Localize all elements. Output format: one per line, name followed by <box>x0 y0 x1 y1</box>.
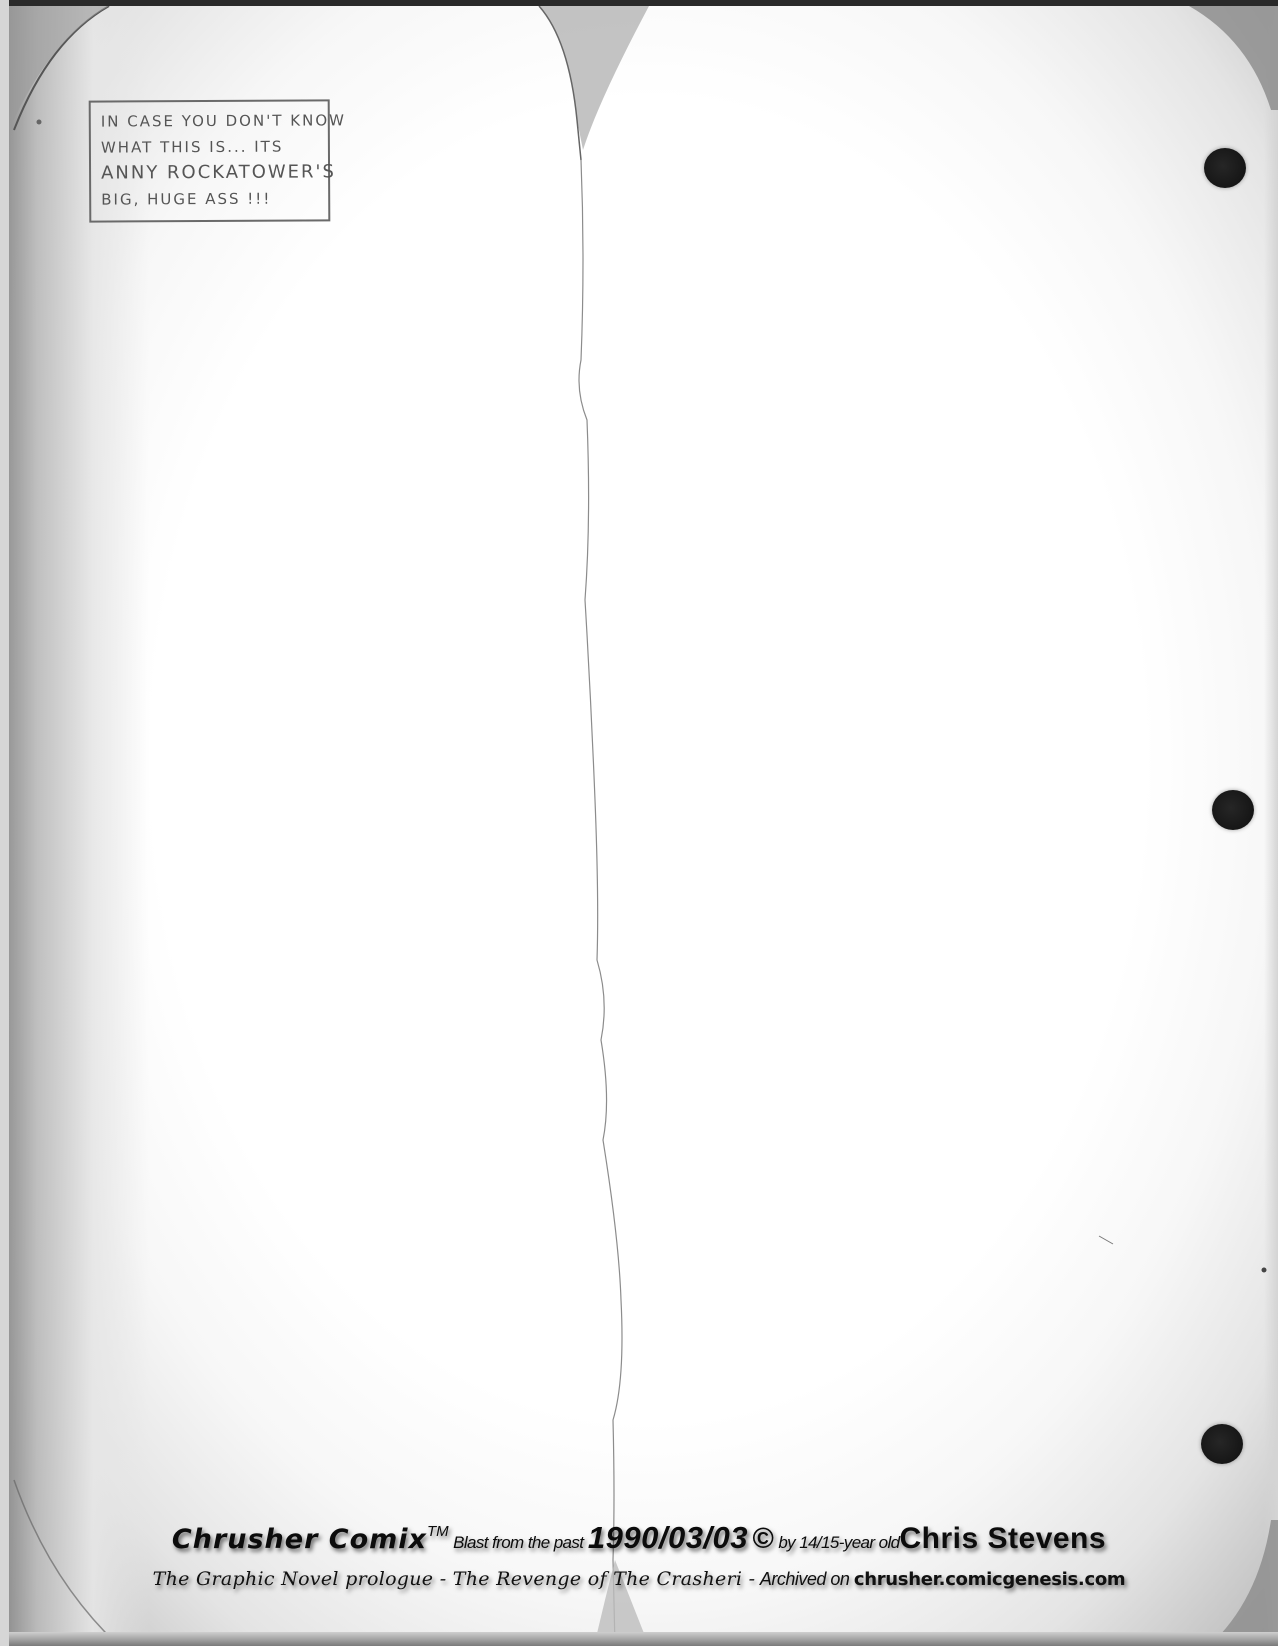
note-line-3: ANNY ROCKATOWER'S <box>101 159 320 186</box>
scan-bottom-edge <box>9 1632 1278 1646</box>
copyright-icon: © <box>752 1523 773 1555</box>
brand-name: Chrusher Comix <box>172 1524 427 1555</box>
author-name: Chris Stevens <box>899 1522 1106 1555</box>
footer-subtitle-line: The Graphic Novel prologue - The Revenge… <box>0 1568 1278 1590</box>
note-line-1: IN CASE YOU DON'T KNOW <box>101 107 320 134</box>
scan-top-edge <box>9 0 1278 6</box>
handwritten-note-box: IN CASE YOU DON'T KNOW WHAT THIS IS... I… <box>89 99 331 222</box>
pencil-sketch-lines <box>9 0 1278 1646</box>
by-label: by 14/15-year old <box>778 1533 899 1552</box>
archive-link[interactable]: chrusher.comicgenesis.com <box>854 1569 1126 1590</box>
punch-hole-icon <box>1201 1424 1243 1464</box>
punch-hole-icon <box>1204 148 1246 188</box>
subtitle: The Graphic Novel prologue - The Revenge… <box>153 1568 756 1590</box>
archived-label: Archived on <box>760 1569 850 1589</box>
scanned-comic-page: IN CASE YOU DON'T KNOW WHAT THIS IS... I… <box>9 0 1278 1646</box>
blast-label: Blast from the past <box>453 1533 583 1552</box>
note-line-4: BIG, HUGE ASS !!! <box>101 185 320 212</box>
trademark: TM <box>427 1523 449 1540</box>
punch-hole-icon <box>1212 790 1254 830</box>
footer-credit-line: Chrusher ComixTM Blast from the past 199… <box>0 1520 1278 1556</box>
publish-date: 1990/03/03 <box>588 1520 748 1555</box>
note-line-2: WHAT THIS IS... ITS <box>101 133 320 160</box>
